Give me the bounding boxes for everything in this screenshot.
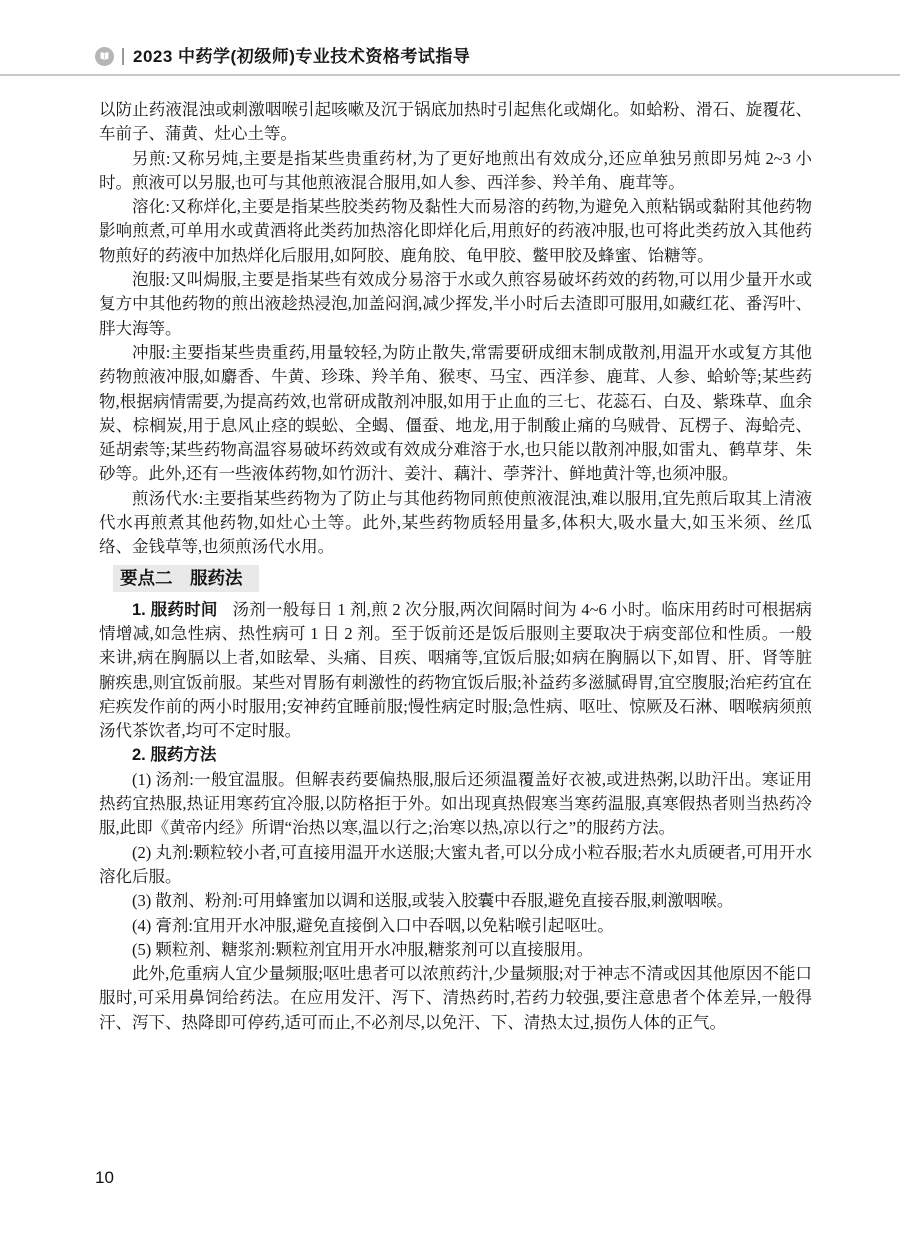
page-body: 以防止药液混浊或刺激咽喉引起咳嗽及沉于锅底加热时引起焦化或煳化。如蛤粉、滑石、旋… <box>99 98 812 1035</box>
paragraph-lead: 2. 服药方法 <box>132 746 216 764</box>
paragraph-ronghua: 溶化:又称烊化,主要是指某些胶类药物及黏性大而易溶的药物,为避免入煎粘锅或黏附其… <box>99 195 812 268</box>
section-heading: 要点二 服药法 <box>113 565 259 592</box>
paragraph-fuyao-fangfa: 2. 服药方法 <box>99 743 812 767</box>
paragraph-fuyao-shijian: 1. 服药时间汤剂一般每日 1 剂,煎 2 次分服,两次间隔时间为 4~6 小时… <box>99 598 812 744</box>
list-item-wanji: (2) 丸剂:颗粒较小者,可直接用温开水送服;大蜜丸者,可以分成小粒吞服;若水丸… <box>99 841 812 890</box>
paragraph-paofu: 泡服:又叫焗服,主要是指某些有效成分易溶于水或久煎容易破坏药效的药物,可以用少量… <box>99 268 812 341</box>
list-item-gaoji: (4) 膏剂:宜用开水冲服,避免直接倒入口中吞咽,以免粘喉引起呕吐。 <box>99 914 812 938</box>
page-header: 2023 中药学(初级师)专业技术资格考试指导 <box>0 0 900 76</box>
paragraph-lingjian: 另煎:又称另炖,主要是指某些贵重药材,为了更好地煎出有效成分,还应单独另煎即另炖… <box>99 147 812 196</box>
book-page: 2023 中药学(初级师)专业技术资格考试指导 以防止药液混浊或刺激咽喉引起咳嗽… <box>0 0 900 1234</box>
page-number: 10 <box>95 1168 114 1188</box>
list-item-tangji: (1) 汤剂:一般宜温服。但解表药要偏热服,服后还须温覆盖好衣被,或进热粥,以助… <box>99 768 812 841</box>
list-item-keliji: (5) 颗粒剂、糖浆剂:颗粒剂宜用开水冲服,糖浆剂可以直接服用。 <box>99 938 812 962</box>
paragraph-ciwai: 此外,危重病人宜少量频服;呕吐患者可以浓煎药汁,少量频服;对于神志不清或因其他原… <box>99 962 812 1035</box>
paragraph-text: 汤剂一般每日 1 剂,煎 2 次分服,两次间隔时间为 4~6 小时。临床用药时可… <box>99 600 812 740</box>
header-title: 2023 中药学(初级师)专业技术资格考试指导 <box>133 47 470 66</box>
list-item-sanji: (3) 散剂、粉剂:可用蜂蜜加以调和送服,或装入胶囊中吞服,避免直接吞服,刺激咽… <box>99 889 812 913</box>
paragraph-chongfu: 冲服:主要指某些贵重药,用量较轻,为防止散失,常需要研成细末制成散剂,用温开水或… <box>99 341 812 487</box>
paragraph-lead: 1. 服药时间 <box>132 601 218 619</box>
paragraph-continuation: 以防止药液混浊或刺激咽喉引起咳嗽及沉于锅底加热时引起焦化或煳化。如蛤粉、滑石、旋… <box>99 98 812 147</box>
header-divider <box>122 48 124 65</box>
paragraph-jiantangdaishui: 煎汤代水:主要指某些药物为了防止与其他药物同煎使煎液混浊,难以服用,宜先煎后取其… <box>99 487 812 560</box>
book-icon <box>95 47 114 66</box>
